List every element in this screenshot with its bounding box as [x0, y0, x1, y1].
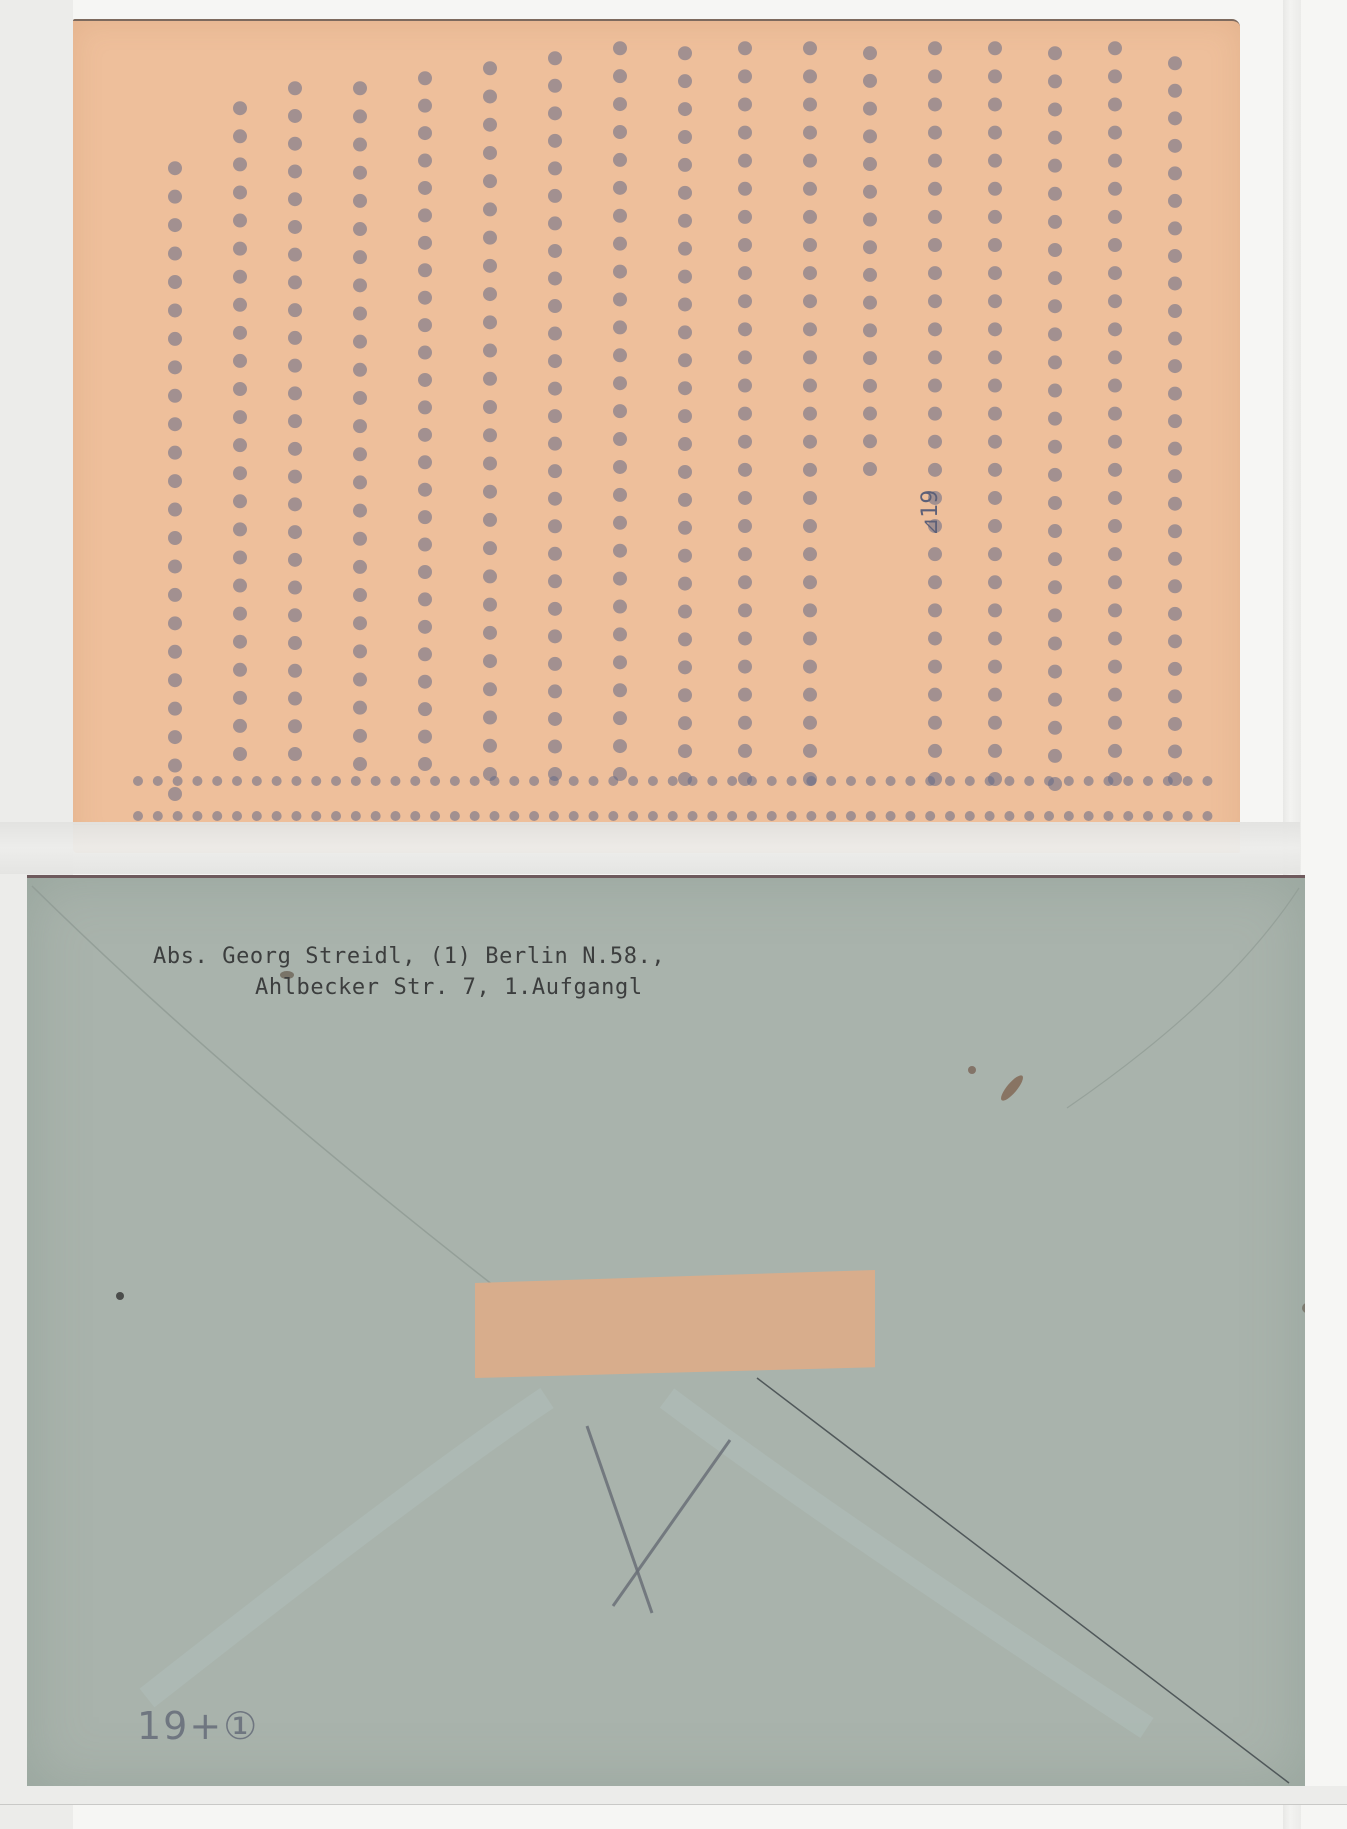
handwritten-column	[548, 51, 562, 781]
handwritten-column	[418, 71, 432, 771]
handwritten-bottom-line	[133, 776, 1213, 786]
album-sleeve-divider	[0, 822, 1300, 874]
handwritten-column	[863, 46, 877, 476]
handwritten-column	[613, 41, 627, 781]
pencil-number-mark: ⊿19	[918, 466, 988, 536]
x-stroke-1	[587, 1426, 652, 1613]
handwritten-bottom-line	[133, 811, 1213, 821]
envelope-back: Abs. Georg Streidl, (1) Berlin N.58., Ah…	[27, 875, 1305, 1789]
handwritten-column	[1108, 41, 1122, 786]
handwritten-column	[1048, 46, 1062, 791]
handwritten-column	[738, 41, 752, 786]
pencil-catalog-note: 19+①	[137, 1704, 259, 1748]
handwritten-column	[928, 41, 942, 786]
handwritten-column	[1168, 56, 1182, 786]
sender-line-2: Ahlbecker Str. 7, 1.Aufgangl	[153, 972, 665, 1003]
handwritten-column	[288, 81, 302, 761]
handwritten-column	[803, 41, 817, 786]
handwritten-column	[678, 46, 692, 786]
x-stroke-2	[613, 1440, 730, 1606]
album-sleeve-bottom	[0, 1786, 1347, 1805]
handwritten-column	[483, 61, 497, 781]
handwritten-column	[168, 161, 182, 801]
handwritten-column	[353, 81, 367, 771]
sender-address: Abs. Georg Streidl, (1) Berlin N.58., Ah…	[153, 941, 665, 1003]
handwritten-column	[988, 41, 1002, 786]
sender-line-1: Abs. Georg Streidl, (1) Berlin N.58.,	[153, 941, 665, 972]
handwritten-column	[233, 101, 247, 761]
sealing-tape-strip	[475, 1270, 875, 1378]
postcard: ⊿19	[73, 19, 1240, 853]
